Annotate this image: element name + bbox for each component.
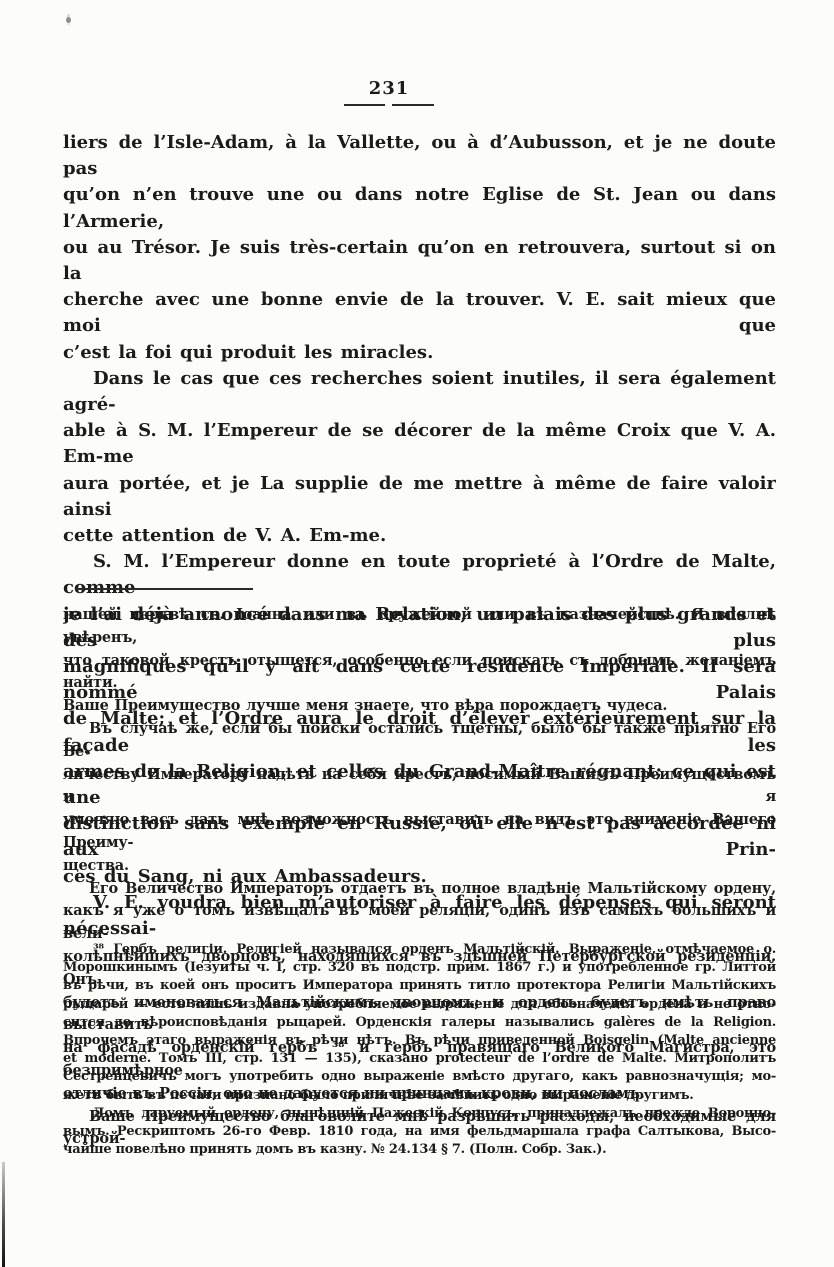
text-line: cette attention de V. A. Em-me. [63,523,776,549]
paragraph: ³⁸ Гербъ религіи. Религіей назывался орд… [63,941,776,1105]
text-line: ³⁸ Гербъ религіи. Религіей назывался орд… [63,941,776,959]
text-line: въ рѣчи, въ коей онъ проситъ Императора … [63,977,776,995]
text-line: able à S. M. l’Empereur de se décorer de… [63,418,776,470]
text-line: Dans le cas que ces recherches soient in… [63,366,776,418]
scan-edge-line-artifact [2,1162,5,1267]
footnotes-text: ³⁸ Гербъ религіи. Религіей назывался орд… [63,941,776,1159]
page-number-rule [344,104,434,106]
text-line: какъ я уже о томъ извѣщалъ въ моей реляц… [63,900,776,946]
text-line: ou au Trésor. Je suis très-certain qu’on… [63,235,776,287]
ink-speck-artifact [66,17,71,23]
text-line: рыцарей — есть лишь издавна употребляемо… [63,996,776,1014]
text-line: liers de l’Isle-Adam, à la Vallette, ou … [63,130,776,182]
paragraph: нашей церквѣ св. Іоанна или въ оружейной… [63,604,776,718]
text-line: нашей церквѣ св. Іоанна или въ оружейной… [63,604,776,650]
text-line: вымъ. Рескриптомъ 26-го Февр. 1810 года,… [63,1123,776,1141]
rule-segment-left [344,104,385,106]
text-line: aura portée, et je La supplie de me mett… [63,471,776,523]
text-line: щества. [63,855,776,878]
paragraph: Въ случаѣ же, если бы поиски остались тщ… [63,718,776,878]
text-line: Его Величество Императоръ отдаетъ въ пол… [63,878,776,901]
rule-segment-right [392,104,434,106]
text-line: что таковой крестъ отыщется, особенно ес… [63,650,776,696]
page-number: 231 [344,78,434,99]
text-line: умоляю васъ дать мнѣ возможность выстави… [63,809,776,855]
text-line: сится до вѣроисповѣданія рыцарей. Орденс… [63,1014,776,1032]
paragraph: Домъ даруемый ордену, нынѣшній Пажескій … [63,1105,776,1160]
text-line: Сестренцевичъ могъ употребить одно выраж… [63,1068,776,1086]
text-line: qu’on n’en trouve une ou dans notre Egli… [63,182,776,234]
text-line: Въ случаѣ же, если бы поиски остались тщ… [63,718,776,764]
text-line: Впрочемъ этаго выраженія въ рѣчи нѣтъ. В… [63,1032,776,1050]
text-line: личеству Императору надѣть на себя крест… [63,764,776,810]
text-line: c’est la foi qui produit les miracles. [63,340,776,366]
text-line: Домъ даруемый ордену, нынѣшній Пажескій … [63,1105,776,1123]
text-line: Ваше Преимущество лучше меня знаете, что… [63,695,776,718]
text-line: cherche avec une bonne envie de la trouv… [63,287,776,339]
text-line: Морошкинымъ (Іезуиты ч. I, стр. 320 въ п… [63,959,776,977]
text-line: жетъ быть въ печати признано было прилич… [63,1087,776,1105]
section-divider-rule [75,588,253,590]
text-line: et moderne. Томъ III, стр. 131 — 135), с… [63,1050,776,1068]
paragraph: liers de l’Isle-Adam, à la Vallette, ou … [63,130,776,366]
text-line: чайше повелѣно принять домъ въ казну. № … [63,1141,776,1159]
text-line: S. M. l’Empereur donne en toute propriet… [63,549,776,601]
paragraph: Dans le cas que ces recherches soient in… [63,366,776,549]
